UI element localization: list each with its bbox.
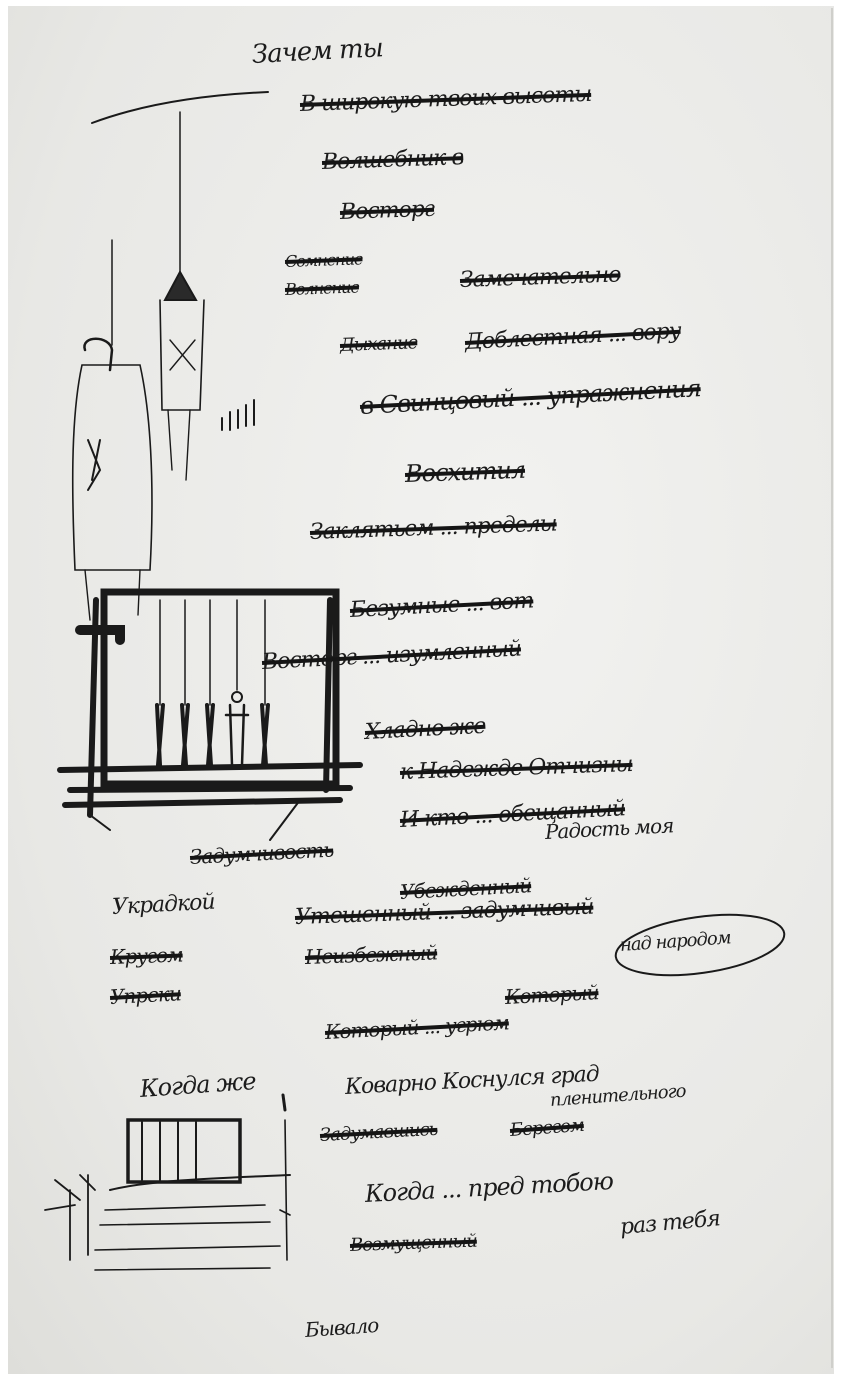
two-hanged-figures-sketch (73, 92, 268, 620)
handwritten-line: Возмущенный (350, 1231, 478, 1256)
handwritten-line: Восторг (340, 197, 435, 225)
handwritten-line: Волнение (285, 277, 360, 299)
gallows-sketch (60, 592, 360, 840)
handwritten-line: Восхитил (405, 456, 526, 488)
handwritten-line: Украдкой (111, 890, 215, 920)
handwritten-line: Который (504, 980, 599, 1009)
building-sketch (45, 1095, 290, 1270)
margin-scribble (222, 400, 254, 430)
handwritten-line: Волшебник в (322, 145, 464, 175)
handwritten-line: Кругом (110, 942, 183, 969)
handwritten-line: Неизбежный (305, 940, 438, 969)
handwritten-line: Сомнение (285, 249, 363, 271)
handwritten-line: Бывало (304, 1313, 379, 1342)
handwritten-line: Упреки (109, 981, 181, 1009)
handwritten-line: Дыхание (340, 332, 418, 356)
